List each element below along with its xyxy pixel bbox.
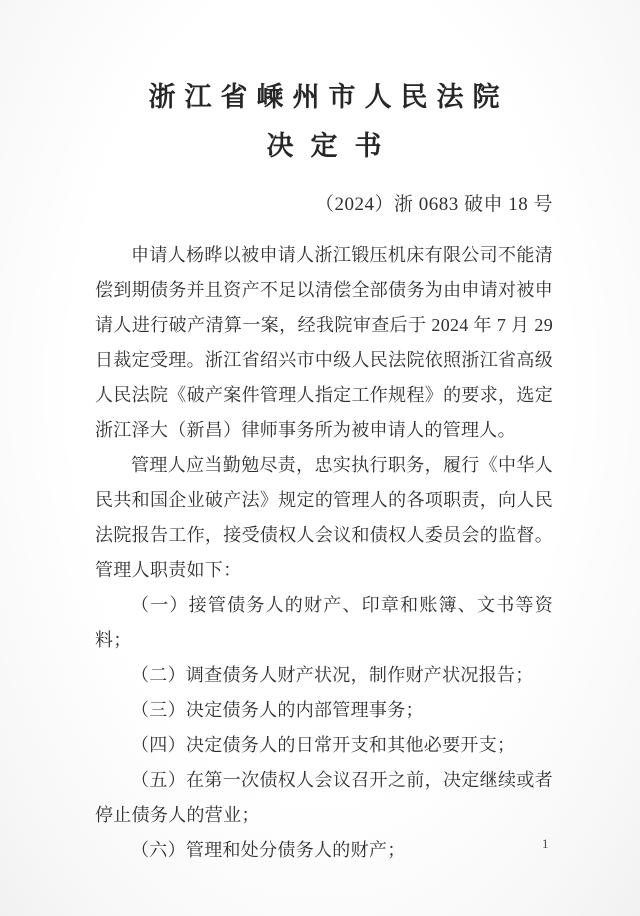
duty-item-5: （五）在第一次债权人会议召开之前，决定继续或者停止债务人的营业；: [95, 763, 553, 833]
court-name-title: 浙江省嵊州市人民法院: [95, 80, 553, 115]
duty-item-6: （六）管理和处分债务人的财产；: [95, 833, 553, 868]
document-body: 申请人杨晔以被申请人浙江锻压机床有限公司不能清偿到期债务并且资产不足以清偿全部债…: [95, 238, 553, 868]
court-decision-document: 浙江省嵊州市人民法院 决定书 （2024）浙 0683 破申 18 号 申请人杨…: [0, 0, 640, 916]
duty-item-3: （三）决定债务人的内部管理事务；: [95, 693, 553, 728]
paragraph-duties-intro: 管理人应当勤勉尽责，忠实执行职务，履行《中华人民共和国企业破产法》规定的管理人的…: [95, 448, 553, 588]
paragraph-intro: 申请人杨晔以被申请人浙江锻压机床有限公司不能清偿到期债务并且资产不足以清偿全部债…: [95, 238, 553, 448]
duty-item-2: （二）调查债务人财产状况，制作财产状况报告；: [95, 658, 553, 693]
document-type-title: 决定书: [95, 129, 553, 164]
duty-item-4: （四）决定债务人的日常开支和其他必要开支；: [95, 728, 553, 763]
document-content: 浙江省嵊州市人民法院 决定书 （2024）浙 0683 破申 18 号 申请人杨…: [95, 0, 553, 868]
page-number: 1: [542, 836, 549, 852]
case-number: （2024）浙 0683 破申 18 号: [95, 192, 553, 218]
duty-item-1: （一）接管债务人的财产、印章和账簿、文书等资料；: [95, 588, 553, 658]
